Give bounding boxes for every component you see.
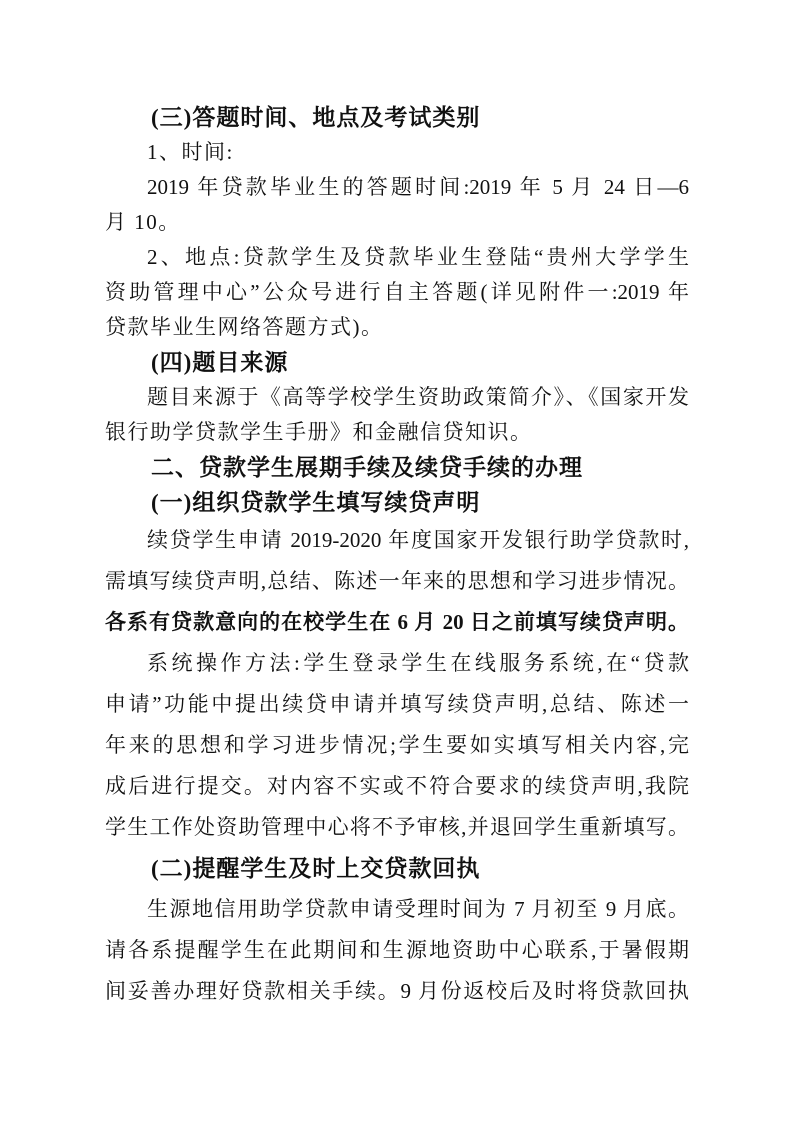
text-line: 学生工作处资助管理中心将不予审核,并退回学生重新填写。: [105, 807, 689, 848]
text-line: 生源地信用助学贷款申请受理时间为 7 月初至 9 月底。: [105, 889, 689, 930]
text-line: 间妥善办理好贷款相关手续。9 月份返校后及时将贷款回执: [105, 971, 689, 1012]
section-heading: (二)提醒学生及时上交贷款回执: [105, 848, 689, 889]
text-line: 贷款毕业生网络答题方式)。: [105, 310, 689, 345]
text-line: 申请”功能中提出续贷申请并填写续贷声明,总结、陈述一: [105, 684, 689, 725]
text-line: 年来的思想和学习进步情况;学生要如实填写相关内容,完: [105, 725, 689, 766]
text-line: 需填写续贷声明,总结、陈述一年来的思想和学习进步情况。: [105, 561, 689, 602]
section-heading: (三)答题时间、地点及考试类别: [105, 100, 689, 135]
text-line: 请各系提醒学生在此期间和生源地资助中心联系,于暑假期: [105, 930, 689, 971]
text-line: 资助管理中心”公众号进行自主答题(详见附件一:2019 年: [105, 275, 689, 310]
section-heading: (一)组织贷款学生填写续贷声明: [105, 485, 689, 520]
text-line: 题目来源于《高等学校学生资助政策简介》、《国家开发: [105, 380, 689, 415]
text-line: 2、地点:贷款学生及贷款毕业生登陆“贵州大学学生: [105, 240, 689, 275]
text-line: 系统操作方法:学生登录学生在线服务系统,在“贷款: [105, 643, 689, 684]
text-line: 2019 年贷款毕业生的答题时间:2019 年 5 月 24 日—6: [105, 170, 689, 205]
text-line: 各系有贷款意向的在校学生在 6 月 20 日之前填写续贷声明。: [105, 602, 689, 643]
section-heading: 二、贷款学生展期手续及续贷手续的办理: [105, 450, 689, 485]
text-line: 1、时间:: [105, 135, 689, 170]
section-heading: (四)题目来源: [105, 345, 689, 380]
document-page: (三)答题时间、地点及考试类别1、时间:2019 年贷款毕业生的答题时间:201…: [0, 0, 793, 1122]
document-text-block: (三)答题时间、地点及考试类别1、时间:2019 年贷款毕业生的答题时间:201…: [105, 100, 689, 1012]
text-line: 月 10。: [105, 205, 689, 240]
text-line: 续贷学生申请 2019-2020 年度国家开发银行助学贷款时,: [105, 520, 689, 561]
text-line: 银行助学贷款学生手册》和金融信贷知识。: [105, 415, 689, 450]
text-line: 成后进行提交。对内容不实或不符合要求的续贷声明,我院: [105, 766, 689, 807]
